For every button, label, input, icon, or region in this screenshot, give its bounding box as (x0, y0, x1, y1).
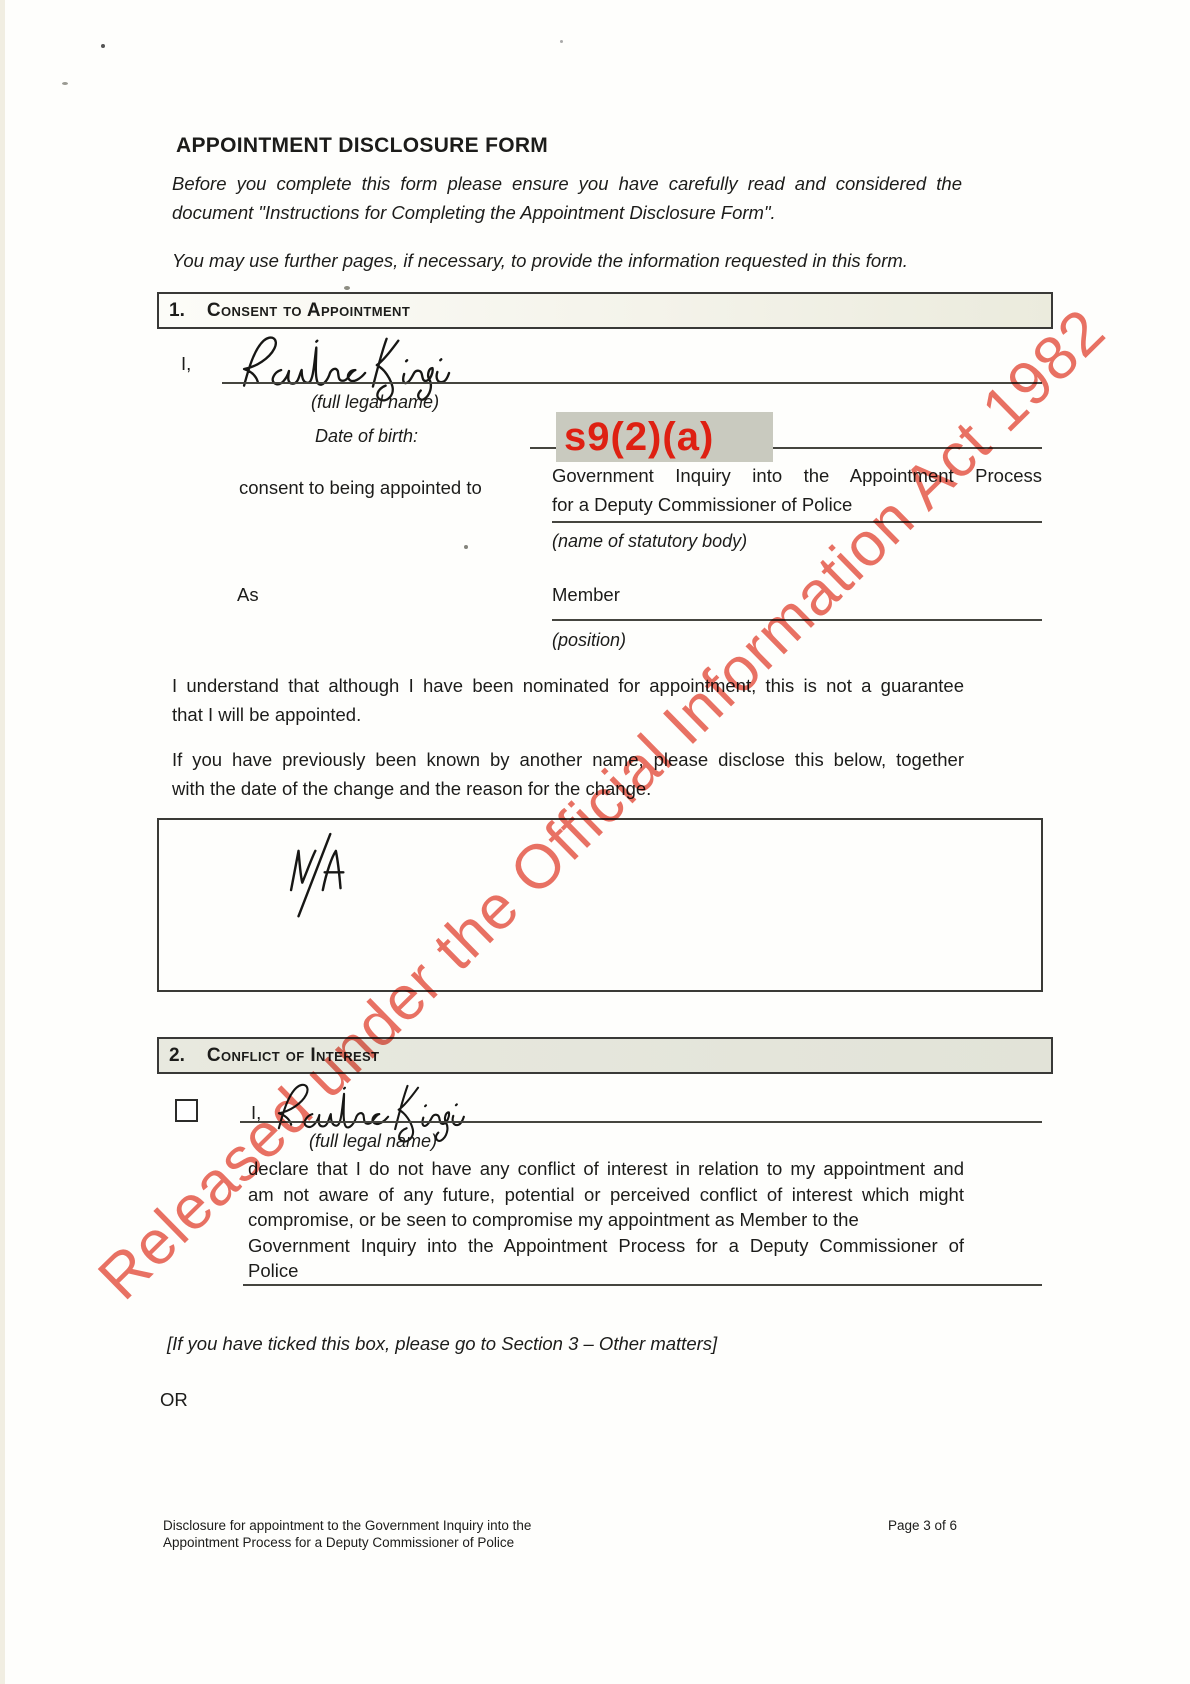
position-value: Member (552, 580, 620, 609)
footer-description: Disclosure for appointment to the Govern… (163, 1517, 583, 1551)
statutory-body-value: Government Inquiry into the Appointment … (552, 461, 1042, 519)
redaction-s9-2-a: s9(2)(a) (556, 412, 773, 462)
or-label: OR (160, 1385, 188, 1414)
scan-speck (560, 40, 563, 43)
handwritten-na (278, 830, 362, 924)
position-caption: (position) (552, 630, 626, 651)
scan-speck (464, 545, 468, 549)
ticked-box-note: [If you have ticked this box, please go … (167, 1329, 717, 1358)
i-label: I, (181, 349, 191, 378)
full-legal-name-caption: (full legal name) (311, 392, 439, 413)
intro-paragraph: Before you complete this form please ens… (172, 169, 962, 227)
name-field-line (222, 382, 1042, 384)
section2-title: Conflict of Interest (207, 1045, 380, 1067)
statutory-body-line (552, 521, 1042, 523)
section1-header: 1. Consent to Appointment (157, 292, 1053, 329)
section1-title: Consent to Appointment (207, 300, 410, 322)
page-title: APPOINTMENT DISCLOSURE FORM (176, 134, 548, 158)
scan-speck (101, 44, 105, 48)
inquiry-name-value: Government Inquiry into the Appointment … (248, 1233, 964, 1283)
dob-label: Date of birth: (315, 426, 418, 447)
full-legal-name-caption-2: (full legal name) (309, 1131, 437, 1152)
intro-paragraph-2: You may use further pages, if necessary,… (172, 246, 972, 275)
consent-label: consent to being appointed to (239, 473, 482, 502)
position-line (552, 619, 1042, 621)
section2-header: 2. Conflict of Interest (157, 1037, 1053, 1074)
declaration-paragraph: declare that I do not have any conflict … (248, 1156, 964, 1233)
scan-edge-artifact (0, 0, 5, 1684)
page-number: Page 3 of 6 (888, 1517, 957, 1534)
statutory-body-caption: (name of statutory body) (552, 531, 747, 552)
scan-speck (62, 82, 68, 85)
inquiry-name-line (243, 1284, 1042, 1286)
scan-speck (344, 286, 350, 290)
name-field-line-2 (240, 1121, 1042, 1123)
conflict-declaration-checkbox[interactable] (175, 1099, 198, 1122)
document-page: APPOINTMENT DISCLOSURE FORM Before you c… (0, 0, 1190, 1684)
previous-name-paragraph: If you have previously been known by ano… (172, 745, 964, 803)
as-label: As (237, 580, 259, 609)
section1-number: 1. (169, 300, 185, 322)
section2-number: 2. (169, 1045, 185, 1067)
understand-paragraph: I understand that although I have been n… (172, 671, 964, 729)
